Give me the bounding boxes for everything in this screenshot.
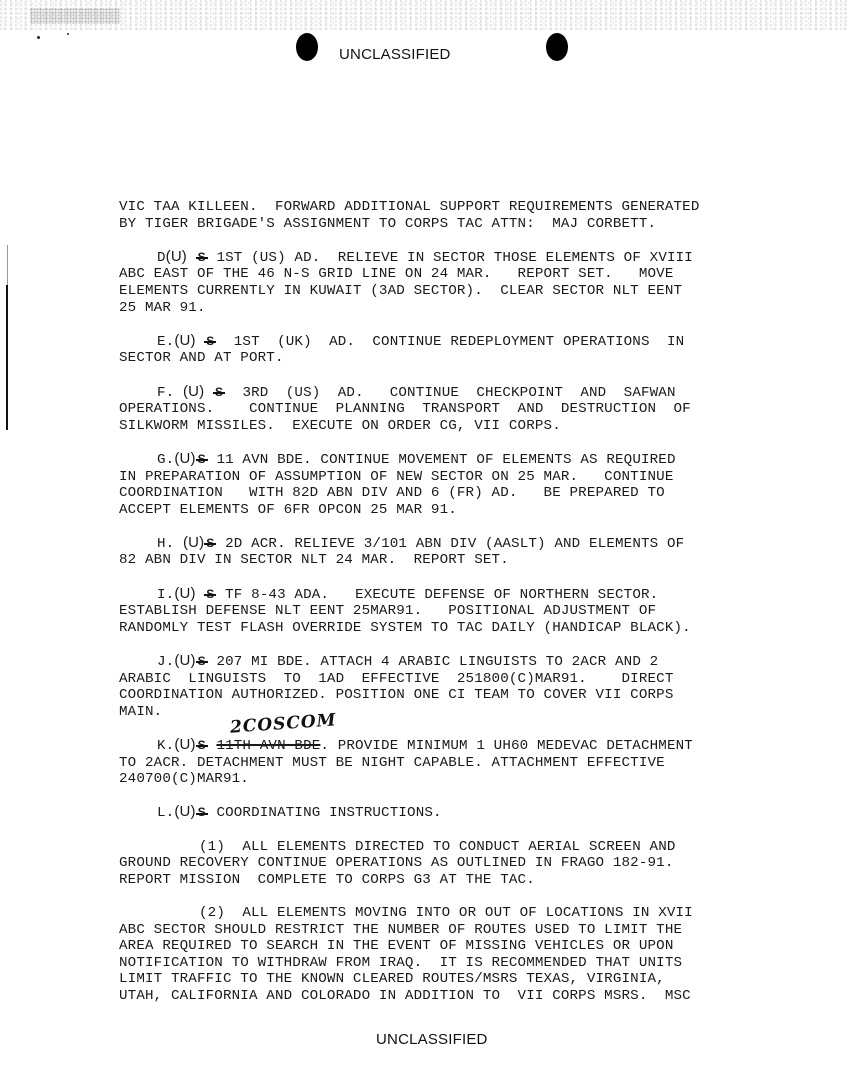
text-line: SECTOR AND AT PORT.	[119, 350, 771, 367]
text-line: 82 ABN DIV IN SECTOR NLT 24 MAR. REPORT …	[119, 552, 771, 569]
struck-classification: S	[196, 249, 208, 266]
text-line: GROUND RECOVERY CONTINUE OPERATIONS AS O…	[119, 855, 771, 872]
paragraph-heading: F. (U) S 3RD (US) AD. CONTINUE CHECKPOIN…	[119, 384, 771, 402]
punch-hole-left	[296, 33, 318, 61]
struck-classification: S	[204, 535, 216, 552]
subparagraph-number: (2)	[199, 905, 225, 921]
paragraph-heading: (1) ALL ELEMENTS DIRECTED TO CONDUCT AER…	[119, 839, 771, 856]
paragraph-g: G.(U)S 11 AVN BDE. CONTINUE MOVEMENT OF …	[119, 451, 771, 518]
struck-classification: S	[204, 586, 216, 603]
paragraph-heading: L.(U)S COORDINATING INSTRUCTIONS.	[119, 804, 771, 822]
text-line: AREA REQUIRED TO SEARCH IN THE EVENT OF …	[119, 938, 771, 955]
text-line: . PROVIDE MINIMUM 1 UH60 MEDEVAC DETACHM…	[320, 738, 693, 754]
scan-speck	[67, 33, 69, 35]
struck-classification: S	[196, 451, 208, 468]
unit-name: 3RD (US) AD.	[242, 385, 363, 401]
paragraph-letter: H.	[157, 536, 174, 552]
text-line: ALL ELEMENTS MOVING INTO OR OUT OF LOCAT…	[225, 905, 693, 921]
paragraph-letter: I.	[157, 587, 174, 603]
text-line: CONTINUE MOVEMENT OF ELEMENTS AS REQUIRE…	[312, 452, 676, 468]
margin-mark	[6, 285, 8, 430]
text-line: 240700(C)MAR91.	[119, 771, 771, 788]
text-line: LIMIT TRAFFIC TO THE KNOWN CLEARED ROUTE…	[119, 971, 771, 988]
text-line: REPORT MISSION COMPLETE TO CORPS G3 AT T…	[119, 872, 771, 889]
paragraph-heading: D(U) S 1ST (US) AD. RELIEVE IN SECTOR TH…	[119, 249, 771, 267]
paragraph-k: K.(U)S 11TH AVN BDE. PROVIDE MINIMUM 1 U…	[119, 737, 771, 788]
text-line: ABC SECTOR SHOULD RESTRICT THE NUMBER OF…	[119, 922, 771, 939]
paragraph-heading: H. (U)S 2D ACR. RELIEVE 3/101 ABN DIV (A…	[119, 535, 771, 553]
paragraph-i: I.(U) S TF 8-43 ADA. EXECUTE DEFENSE OF …	[119, 586, 771, 637]
text-line: RANDOMLY TEST FLASH OVERRIDE SYSTEM TO T…	[119, 620, 771, 637]
struck-classification: S	[196, 737, 208, 754]
paragraph-heading: K.(U)S 11TH AVN BDE. PROVIDE MINIMUM 1 U…	[119, 737, 771, 755]
text-line: ABC EAST OF THE 46 N-S GRID LINE ON 24 M…	[119, 266, 771, 283]
struck-classification: S	[196, 653, 208, 670]
text-line: BY TIGER BRIGADE'S ASSIGNMENT TO CORPS T…	[119, 216, 771, 233]
paragraph-letter: J.	[157, 654, 174, 670]
text-line: CONTINUE CHECKPOINT AND SAFWAN	[364, 385, 676, 401]
struck-classification: S	[204, 333, 216, 350]
paragraph-j: J.(U)S 207 MI BDE. ATTACH 4 ARABIC LINGU…	[119, 653, 771, 720]
text-line: SILKWORM MISSILES. EXECUTE ON ORDER CG, …	[119, 418, 771, 435]
unit-name: 2D ACR.	[225, 536, 286, 552]
margin-mark	[7, 245, 8, 285]
classification-marker: (U)	[174, 803, 195, 820]
text-line: 25 MAR 91.	[119, 300, 771, 317]
unit-name: 1ST (UK) AD.	[234, 334, 355, 350]
struck-classification: S	[213, 384, 225, 401]
paragraph-l: L.(U)S COORDINATING INSTRUCTIONS.	[119, 804, 771, 822]
text-line: NOTIFICATION TO WITHDRAW FROM IRAQ. IT I…	[119, 955, 771, 972]
text-line: RELIEVE 3/101 ABN DIV (AASLT) AND ELEMEN…	[286, 536, 685, 552]
text-line: IN PREPARATION OF ASSUMPTION OF NEW SECT…	[119, 469, 771, 486]
unit-name: 207 MI BDE.	[216, 654, 311, 670]
unit-name: COORDINATING INSTRUCTIONS.	[216, 805, 441, 821]
text-line: TO 2ACR. DETACHMENT MUST BE NIGHT CAPABL…	[119, 755, 771, 772]
paragraph-letter: E.	[157, 334, 174, 350]
paragraph-letter: D	[157, 250, 166, 266]
paragraph-intro: VIC TAA KILLEEN. FORWARD ADDITIONAL SUPP…	[119, 199, 771, 232]
text-line: ARABIC LINGUISTS TO 1AD EFFECTIVE 251800…	[119, 671, 771, 688]
scan-speck	[37, 36, 40, 39]
text-line: VIC TAA KILLEEN. FORWARD ADDITIONAL SUPP…	[119, 199, 771, 216]
document-body: VIC TAA KILLEEN. FORWARD ADDITIONAL SUPP…	[119, 199, 771, 1021]
paragraph-letter: K.	[157, 738, 174, 754]
subparagraph-number: (1)	[199, 839, 225, 855]
paragraph-letter: F.	[157, 385, 174, 401]
text-line: COORDINATION AUTHORIZED. POSITION ONE CI…	[119, 687, 771, 704]
paragraph-letter: G.	[157, 452, 174, 468]
text-line: OPERATIONS. CONTINUE PLANNING TRANSPORT …	[119, 401, 771, 418]
subparagraph-l2: (2) ALL ELEMENTS MOVING INTO OR OUT OF L…	[119, 905, 771, 1005]
paragraph-heading: (2) ALL ELEMENTS MOVING INTO OR OUT OF L…	[119, 905, 771, 922]
paragraph-heading: I.(U) S TF 8-43 ADA. EXECUTE DEFENSE OF …	[119, 586, 771, 604]
classification-marker: (U)	[174, 585, 195, 602]
header-classification: UNCLASSIFIED	[339, 46, 451, 63]
unit-name: TF 8-43 ADA.	[225, 587, 329, 603]
struck-classification: S	[196, 804, 208, 821]
classification-marker: (U)	[174, 736, 195, 753]
text-line: CONTINUE REDEPLOYMENT OPERATIONS IN	[355, 334, 684, 350]
unit-name: 1ST (US) AD.	[216, 250, 320, 266]
scan-noise-top-left	[30, 8, 120, 24]
classification-marker: (U)	[174, 450, 195, 467]
text-line: MAIN.	[119, 704, 771, 721]
text-line: ELEMENTS CURRENTLY IN KUWAIT (3AD SECTOR…	[119, 283, 771, 300]
classification-marker: (U)	[183, 383, 204, 400]
text-line: ESTABLISH DEFENSE NLT EENT 25MAR91. POSI…	[119, 603, 771, 620]
text-line: ATTACH 4 ARABIC LINGUISTS TO 2ACR AND 2	[312, 654, 659, 670]
paragraph-h: H. (U)S 2D ACR. RELIEVE 3/101 ABN DIV (A…	[119, 535, 771, 569]
text-line: UTAH, CALIFORNIA AND COLORADO IN ADDITIO…	[119, 988, 771, 1005]
footer-classification: UNCLASSIFIED	[376, 1031, 488, 1048]
text-line: ALL ELEMENTS DIRECTED TO CONDUCT AERIAL …	[225, 839, 676, 855]
paragraph-heading: G.(U)S 11 AVN BDE. CONTINUE MOVEMENT OF …	[119, 451, 771, 469]
paragraph-heading: E.(U) S 1ST (UK) AD. CONTINUE REDEPLOYME…	[119, 333, 771, 351]
classification-marker: (U)	[174, 652, 195, 669]
unit-name: 11 AVN BDE.	[216, 452, 311, 468]
struck-unit-name: 11TH AVN BDE	[216, 738, 320, 754]
text-line: RELIEVE IN SECTOR THOSE ELEMENTS OF XVII…	[338, 250, 693, 266]
text-line: COORDINATION WITH 82D ABN DIV AND 6 (FR)…	[119, 485, 771, 502]
paragraph-letter: L.	[157, 805, 174, 821]
punch-hole-right	[546, 33, 568, 61]
text-line: ACCEPT ELEMENTS OF 6FR OPCON 25 MAR 91.	[119, 502, 771, 519]
paragraph-e: E.(U) S 1ST (UK) AD. CONTINUE REDEPLOYME…	[119, 333, 771, 367]
classification-marker: (U)	[166, 248, 187, 265]
paragraph-f: F. (U) S 3RD (US) AD. CONTINUE CHECKPOIN…	[119, 384, 771, 435]
subparagraph-l1: (1) ALL ELEMENTS DIRECTED TO CONDUCT AER…	[119, 839, 771, 889]
paragraph-d: D(U) S 1ST (US) AD. RELIEVE IN SECTOR TH…	[119, 249, 771, 316]
classification-marker: (U)	[183, 534, 204, 551]
paragraph-heading: J.(U)S 207 MI BDE. ATTACH 4 ARABIC LINGU…	[119, 653, 771, 671]
classification-marker: (U)	[174, 332, 195, 349]
scan-noise-top	[0, 0, 848, 30]
text-line: EXECUTE DEFENSE OF NORTHERN SECTOR.	[329, 587, 658, 603]
